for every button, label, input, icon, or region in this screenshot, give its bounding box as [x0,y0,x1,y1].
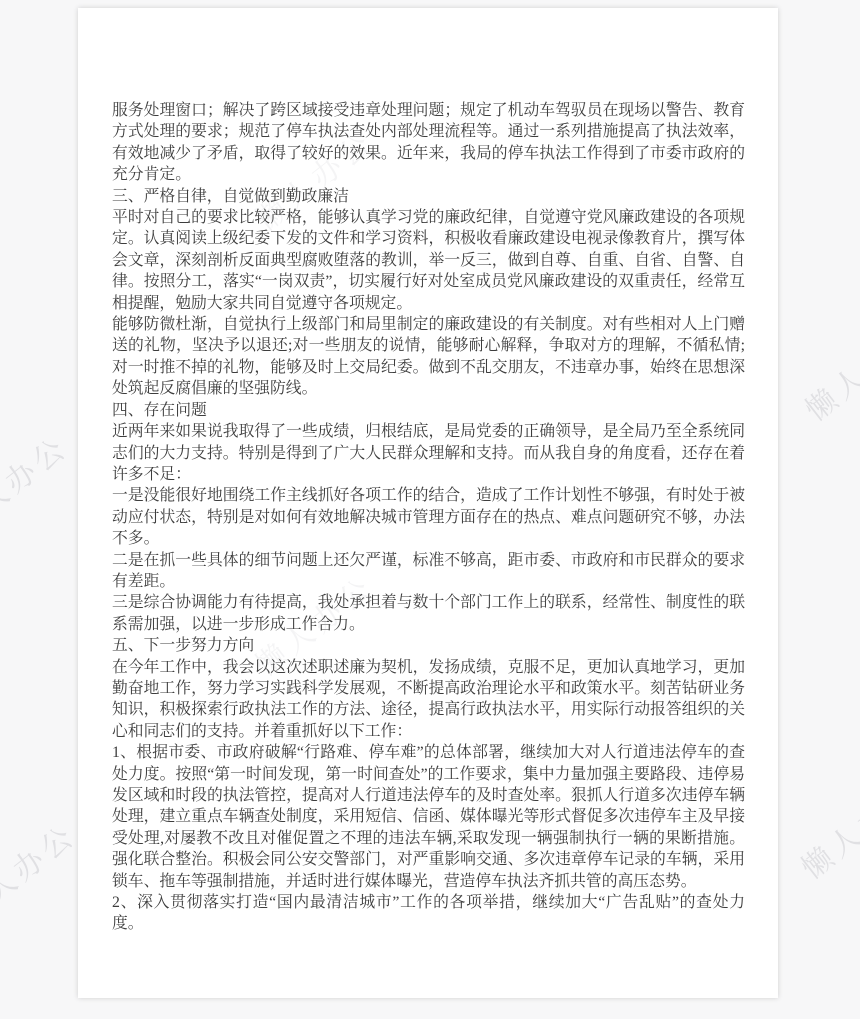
paragraph: 二是在抓一些具体的细节问题上还欠严谨，标准不够高，距市委、市政府和市民群众的要求… [112,550,745,593]
section-heading: 四、存在问题 [112,400,745,421]
paragraph: 平时对自己的要求比较严格，能够认真学习党的廉政纪律，自觉遵守党风廉政建设的各项规… [112,207,745,314]
paragraph: 能够防微杜渐，自觉执行上级部门和局里制定的廉政建设的有关制度。对有些相对人上门赠… [112,314,745,400]
document-page: 服务处理窗口；解决了跨区域接受违章处理问题；规定了机动车驾驭员在现场以警告、教育… [78,8,778,998]
watermark-text: 懒人办公 [0,811,84,932]
watermark-text: 懒人办公 [794,308,860,429]
section-heading: 五、下一步努力方向 [112,635,745,656]
paragraph: 1、根据市委、市政府破解“行路难、停车难”的总体部署，继续加大对人行道违法停车的… [112,742,745,892]
paragraph: 服务处理窗口；解决了跨区域接受违章处理问题；规定了机动车驾驭员在现场以警告、教育… [112,100,745,186]
paragraph: 三是综合协调能力有待提高，我处承担着与数十个部门工作上的联系，经常性、制度性的联… [112,592,745,635]
section-heading: 三、严格自律，自觉做到勤政廉洁 [112,186,745,207]
app-background: { "watermark": { "text": "懒人办公" }, "docu… [0,0,860,1019]
paragraph: 一是没能很好地围绕工作主线抓好各项工作的结合，造成了工作计划性不够强，有时处于被… [112,485,745,549]
watermark-text: 懒人办公 [0,423,76,544]
paragraph: 近两年来如果说我取得了一些成绩，归根结底，是局党委的正确领导，是全局乃至全系统同… [112,421,745,485]
paragraph: 2、深入贯彻落实打造“国内最清洁城市”工作的各项举措，继续加大“广告乱贴”的查处… [112,892,745,935]
paragraph: 在今年工作中，我会以这次述职述廉为契机，发扬成绩，克服不足，更加认真地学习，更加… [112,657,745,743]
document-body: 服务处理窗口；解决了跨区域接受违章处理问题；规定了机动车驾驭员在现场以警告、教育… [112,100,745,935]
watermark-text: 懒人办公 [790,766,860,887]
